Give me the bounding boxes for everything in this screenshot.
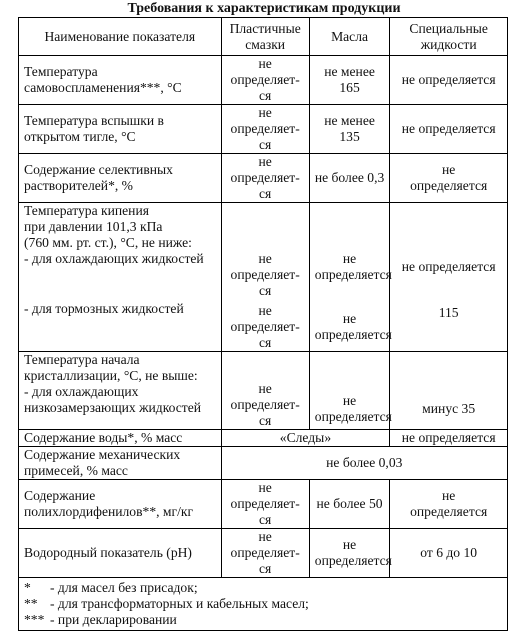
cell-greases: не определяет- ся [221, 529, 309, 578]
table-title: Требования к характеристикам продукции [0, 0, 528, 17]
cell-oils: не определяется [309, 529, 390, 578]
table-row: Температура кипения при давлении 101,3 к… [19, 203, 508, 352]
cell-special: от 6 до 10 [390, 529, 508, 578]
cell-oils: не определяется не определяется [309, 203, 390, 352]
header-name: Наименование показателя [19, 18, 222, 56]
cell-greases: не определяет- ся [221, 352, 309, 430]
cell-special: не определяется [390, 56, 508, 105]
footnote: **- для трансформаторных и кабельных мас… [24, 596, 502, 612]
cell-oils: не менее 165 [309, 56, 390, 105]
header-special: Специальные жидкости [390, 18, 508, 56]
cell-greases: не определяет- ся [221, 480, 309, 529]
row-name: Температура вспышки в открытом тигле, °С [19, 105, 222, 154]
cell-oils: не определяется [309, 352, 390, 430]
cell-oils: не более 50 [309, 480, 390, 529]
table-row: Содержание механических примесей, % масс… [19, 447, 508, 480]
footnotes-row: *- для масел без присадок; **- для транс… [19, 578, 508, 631]
cell-greases-oils-merged: «Следы» [221, 430, 390, 447]
table-header-row: Наименование показателя Пластичные смазк… [19, 18, 508, 56]
table-row: Температура начала кристаллизации, °С, н… [19, 352, 508, 430]
footnote: ***- при декларировании [24, 612, 502, 628]
cell-greases: не определяет- ся [221, 105, 309, 154]
table-row: Содержание воды*, % масс «Следы» не опре… [19, 430, 508, 447]
cell-special: минус 35 [390, 352, 508, 430]
cell-special: не определяется 115 [390, 203, 508, 352]
cell-greases: не определяет- ся [221, 154, 309, 203]
row-name: Температура самовоспламенения***, °С [19, 56, 222, 105]
row-name: Температура начала кристаллизации, °С, н… [19, 352, 222, 430]
cell-all-merged: не более 0,03 [221, 447, 507, 480]
table-row: Содержание полихлордифенилов**, мг/кг не… [19, 480, 508, 529]
cell-special: не определяется [390, 154, 508, 203]
row-name: Содержание селективных растворителей*, % [19, 154, 222, 203]
row-name: Температура кипения при давлении 101,3 к… [19, 203, 222, 352]
footnotes: *- для масел без присадок; **- для транс… [19, 578, 508, 631]
footnote: *- для масел без присадок; [24, 580, 502, 596]
row-name: Содержание механических примесей, % масс [19, 447, 222, 480]
product-requirements-table: Наименование показателя Пластичные смазк… [18, 17, 508, 631]
header-greases: Пластичные смазки [221, 18, 309, 56]
cell-special: не определяется [390, 105, 508, 154]
cell-greases: не определяет- ся не определяет- ся [221, 203, 309, 352]
row-name: Водородный показатель (pH) [19, 529, 222, 578]
table-row: Температура самовоспламенения***, °С не … [19, 56, 508, 105]
table-row: Водородный показатель (pH) не определяет… [19, 529, 508, 578]
table-row: Содержание селективных растворителей*, %… [19, 154, 508, 203]
cell-special: не определяется [390, 430, 508, 447]
cell-oils: не более 0,3 [309, 154, 390, 203]
row-name: Содержание полихлордифенилов**, мг/кг [19, 480, 222, 529]
header-oils: Масла [309, 18, 390, 56]
table-row: Температура вспышки в открытом тигле, °С… [19, 105, 508, 154]
cell-special: не определяется [390, 480, 508, 529]
row-name: Содержание воды*, % масс [19, 430, 222, 447]
cell-greases: не определяет- ся [221, 56, 309, 105]
cell-oils: не менее 135 [309, 105, 390, 154]
